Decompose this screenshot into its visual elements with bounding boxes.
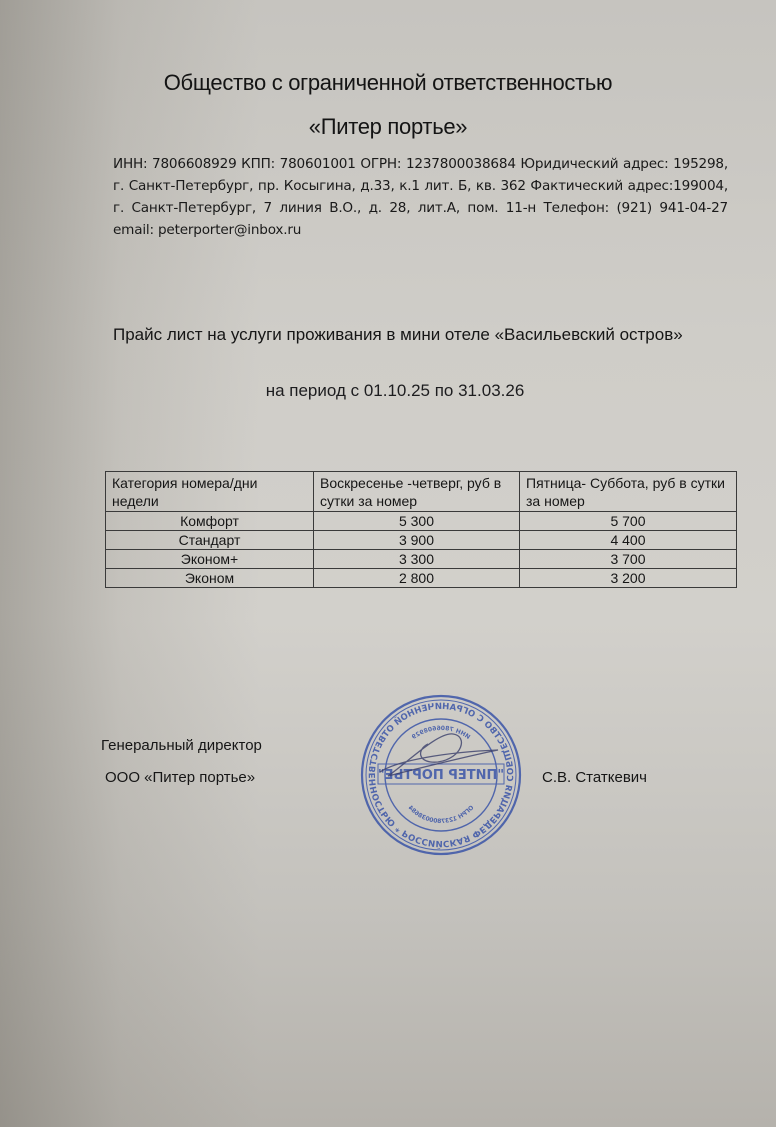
room-category: Эконом — [106, 569, 314, 588]
room-category: Стандарт — [106, 531, 314, 550]
table-row: Эконом+ 3 300 3 700 — [106, 550, 737, 569]
weekend-price: 4 400 — [520, 531, 737, 550]
stamp-center-text: "ПИТЕР ПОРТЬЕ" — [378, 768, 504, 783]
company-seal-stamp: ОБЩЕСТВО С ОГРАНИЧЕННОЙ ОТВЕТСТВЕННОСТЬЮ… — [358, 692, 524, 858]
price-list-period: на период с 01.10.25 по 31.03.26 — [0, 381, 776, 401]
company-name-line-1: Общество с ограниченной ответственностью — [0, 70, 776, 96]
weekend-price: 3 200 — [520, 569, 737, 588]
room-category: Эконом+ — [106, 550, 314, 569]
price-list-title: Прайс лист на услуги проживания в мини о… — [113, 322, 693, 348]
weekday-price: 3 300 — [314, 550, 520, 569]
stamp-ogrn-text: ОГРН 1237800038684 — [407, 804, 476, 825]
price-table: Категория номера/дни недели Воскресенье … — [105, 471, 737, 588]
svg-text:ИНН 7806608929: ИНН 7806608929 — [411, 725, 472, 741]
weekend-price: 5 700 — [520, 512, 737, 531]
signatory-name: С.В. Статкевич — [542, 769, 647, 786]
table-row: Эконом 2 800 3 200 — [106, 569, 737, 588]
weekend-price: 3 700 — [520, 550, 737, 569]
room-category: Комфорт — [106, 512, 314, 531]
signatory-role: Генеральный директор — [101, 737, 262, 754]
column-header-category: Категория номера/дни недели — [106, 472, 314, 512]
table-row: Комфорт 5 300 5 700 — [106, 512, 737, 531]
svg-text:ОГРН 1237800038684: ОГРН 1237800038684 — [407, 804, 476, 825]
column-header-weekend: Пятница- Суббота, руб в сутки за номер — [520, 472, 737, 512]
stamp-inn-text: ИНН 7806608929 — [411, 725, 472, 741]
weekday-price: 3 900 — [314, 531, 520, 550]
table-header-row: Категория номера/дни недели Воскресенье … — [106, 472, 737, 512]
column-header-weekday: Воскресенье -четверг, руб в сутки за ном… — [314, 472, 520, 512]
company-requisites: ИНН: 7806608929 КПП: 780601001 ОГРН: 123… — [113, 153, 728, 241]
signatory-organization: ООО «Питер портье» — [105, 769, 255, 786]
company-name-line-2: «Питер портье» — [0, 114, 776, 140]
weekday-price: 2 800 — [314, 569, 520, 588]
weekday-price: 5 300 — [314, 512, 520, 531]
table-row: Стандарт 3 900 4 400 — [106, 531, 737, 550]
